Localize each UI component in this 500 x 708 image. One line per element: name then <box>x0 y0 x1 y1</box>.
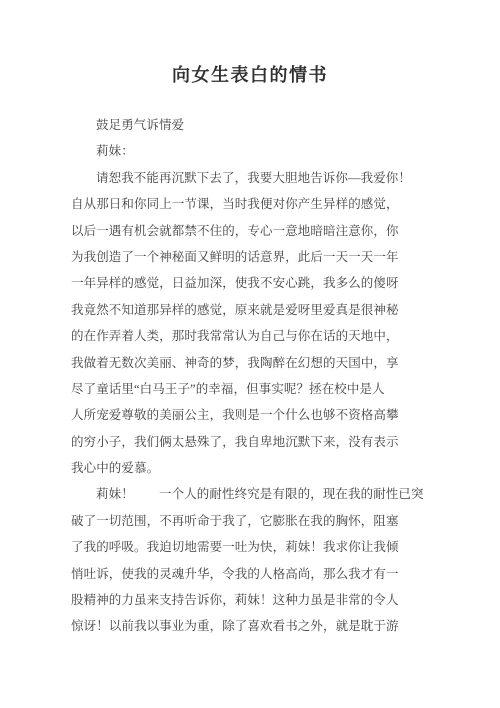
text-line: 惊讶！以前我以事业为重，除了喜欢看书之外，就是耽于游 <box>71 613 403 639</box>
text-line: 以后一遇有机会就都禁不住的，专心一意地暗暗注意你，你 <box>71 218 403 244</box>
text-line: 莉妹！ 一个人的耐性终究是有限的，现在我的耐性已突 <box>71 481 403 507</box>
text-line: 一年异样的感觉，日益加深，使我不安心跳，我多么的傻呀 <box>71 270 403 296</box>
text-line: 我心中的爱慕。 <box>71 455 403 481</box>
text-line: 为我创造了一个神秘面又鲜明的话意界，此后一天一天一年 <box>71 244 403 270</box>
document-page: 向女生表白的情书 鼓足勇气诉情爱莉妹：请恕我不能再沉默下去了，我要大胆地告诉你—… <box>0 0 500 708</box>
text-line: 人所宠爱尊敬的美丽公主，我则是一个什么也够不资格高攀 <box>71 402 403 428</box>
text-line: 自从那日和你同上一节课，当时我便对你产生异样的感觉， <box>71 191 403 217</box>
text-line: 了我的呼吸。我迫切地需要一吐为快，莉妹！我求你让我倾 <box>71 534 403 560</box>
text-line: 莉妹： <box>71 138 403 164</box>
text-line: 尽了童话里“白马王子”的幸福，但事实呢？拯在校中是人 <box>71 376 403 402</box>
text-line: 破了一切范围，不再听命于我了，它膨胀在我的胸怀，阻塞 <box>71 508 403 534</box>
text-line: 股精神的力虽来支持告诉你，莉妹！这种力虽是非常的令人 <box>71 587 403 613</box>
text-line: 请恕我不能再沉默下去了，我要大胆地告诉你—我爱你！ <box>71 165 403 191</box>
letter-body: 鼓足勇气诉情爱莉妹：请恕我不能再沉默下去了，我要大胆地告诉你—我爱你！自从那日和… <box>71 112 403 640</box>
text-line: 我做着无数次美丽、神奇的梦，我陶醉在幻想的天国中，享 <box>71 350 403 376</box>
text-line: 鼓足勇气诉情爱 <box>71 112 403 138</box>
page-title: 向女生表白的情书 <box>0 61 500 87</box>
text-line: 悄吐诉，使我的灵魂升华，令我的人格高尚，那么我才有一 <box>71 561 403 587</box>
text-line: 的在作弄着人类，那时我常常认为自己与你在话的天地中， <box>71 323 403 349</box>
text-line: 我竟然不知道那异样的感觉，原来就是爱呀里爱真是很神秘 <box>71 297 403 323</box>
text-line: 的穷小子，我们俩太悬殊了，我自卑地沉默下来，没有表示 <box>71 429 403 455</box>
